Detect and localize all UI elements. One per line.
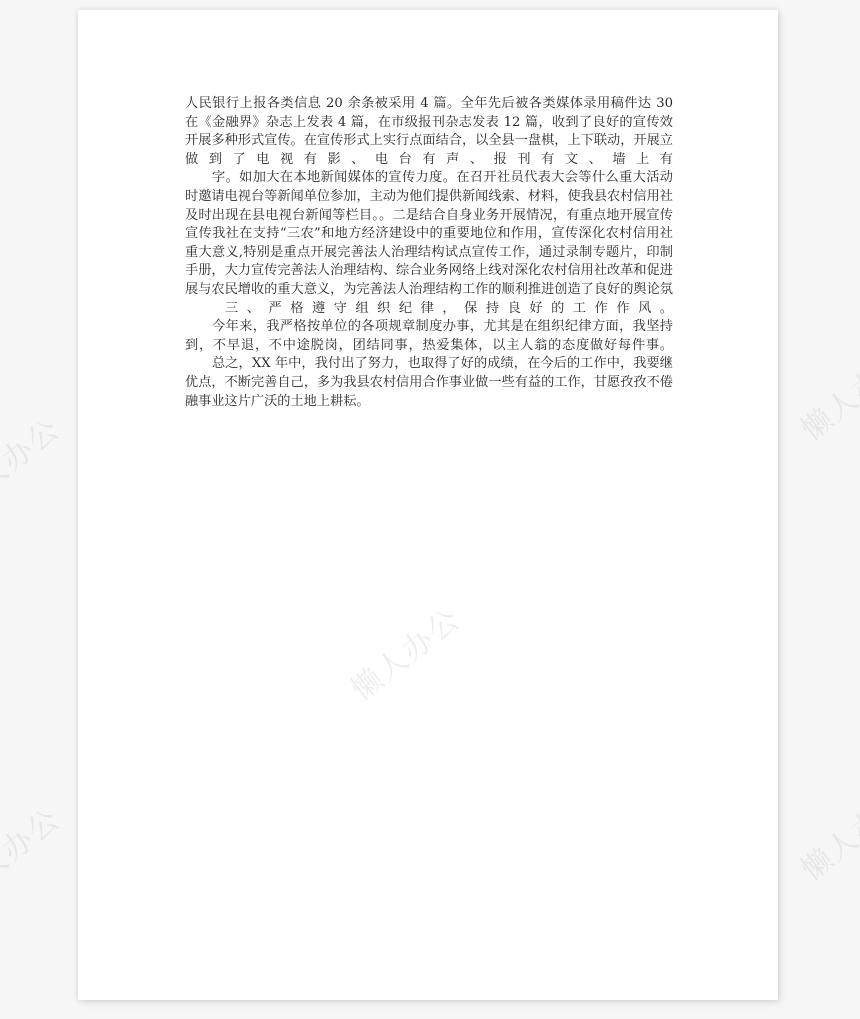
text-line: 在《金融界》杂志上发表 4 篇，在市级报刊杂志发表 12 篇，收到了良好的宣传效… xyxy=(185,114,673,133)
text-line: 开展多种形式宣传。在宣传形式上实行点面结合，以全县一盘棋，上下联动，开展立体宣传… xyxy=(185,132,673,151)
text-line: 字。如加大在本地新闻媒体的宣传力度。在召开社员代表大会等什么重大活动时，都及 xyxy=(185,169,673,188)
document-body: 人民银行上报各类信息 20 余条被采用 4 篇。全年先后被各类媒体录用稿件达 3… xyxy=(185,95,673,411)
text-line: 及时出现在县电视台新闻等栏目。。二是结合自身业务开展情况，有重点地开展宣传工作。 xyxy=(185,207,673,226)
text-line: 融事业这片广沃的土地上耕耘。 xyxy=(185,393,673,412)
watermark: 懒人办公 xyxy=(790,335,860,448)
watermark: 懒人办公 xyxy=(0,405,68,518)
document-page: 人民银行上报各类信息 20 余条被采用 4 篇。全年先后被各类媒体录用稿件达 3… xyxy=(78,10,778,1000)
text-line: 重大意义,特别是重点开展完善法人治理结构试点宣传工作，通过录制专题片，印制了宣传 xyxy=(185,244,673,263)
text-line: 优点，不断完善自己，多为我县农村信用合作事业做一些有益的工作，甘愿孜孜不倦地在金 xyxy=(185,374,673,393)
text-line: 展与农民增收的重大意义，为完善法人治理结构工作的顺利推进创造了良好的舆论氛围。 xyxy=(185,281,673,300)
text-line: 宣传我社在支持“三农”和地方经济建设中的重要地位和作用，宣传深化农村信用社改革的 xyxy=(185,225,673,244)
text-line: 到，不早退，不中途脱岗，团结同事，热爱集体，以主人翁的态度做好每件事。 xyxy=(185,337,673,356)
text-line: 时邀请电视台等新闻单位参加，主动为他们提供新闻线索、材料，使我县农村信用社的信息 xyxy=(185,188,673,207)
section-heading: 三 、 严 格 遵 守 组 织 纪 律 ， 保 持 良 好 的 工 作 作 风 … xyxy=(185,300,673,319)
text-line: 人民银行上报各类信息 20 余条被采用 4 篇。全年先后被各类媒体录用稿件达 3… xyxy=(185,95,673,114)
watermark: 懒人办公 xyxy=(0,795,68,908)
text-line: 总之，XX 年中，我付出了努力，也取得了好的成绩，在今后的工作中，我要继续发扬 xyxy=(185,355,673,374)
text-line: 今年来，我严格按单位的各项规章制度办事，尤其是在组织纪律方面，我坚持做到不迟 xyxy=(185,318,673,337)
watermark: 懒人办公 xyxy=(790,775,860,888)
text-line: 做 到 了 电 视 有 影 、 电 台 有 声 、 报 刊 有 文 、 墙 上 … xyxy=(185,151,673,170)
text-line: 手册，大力宣传完善法人治理结构、综合业务网络上线对深化农村信用社改革和促进农村发 xyxy=(185,262,673,281)
